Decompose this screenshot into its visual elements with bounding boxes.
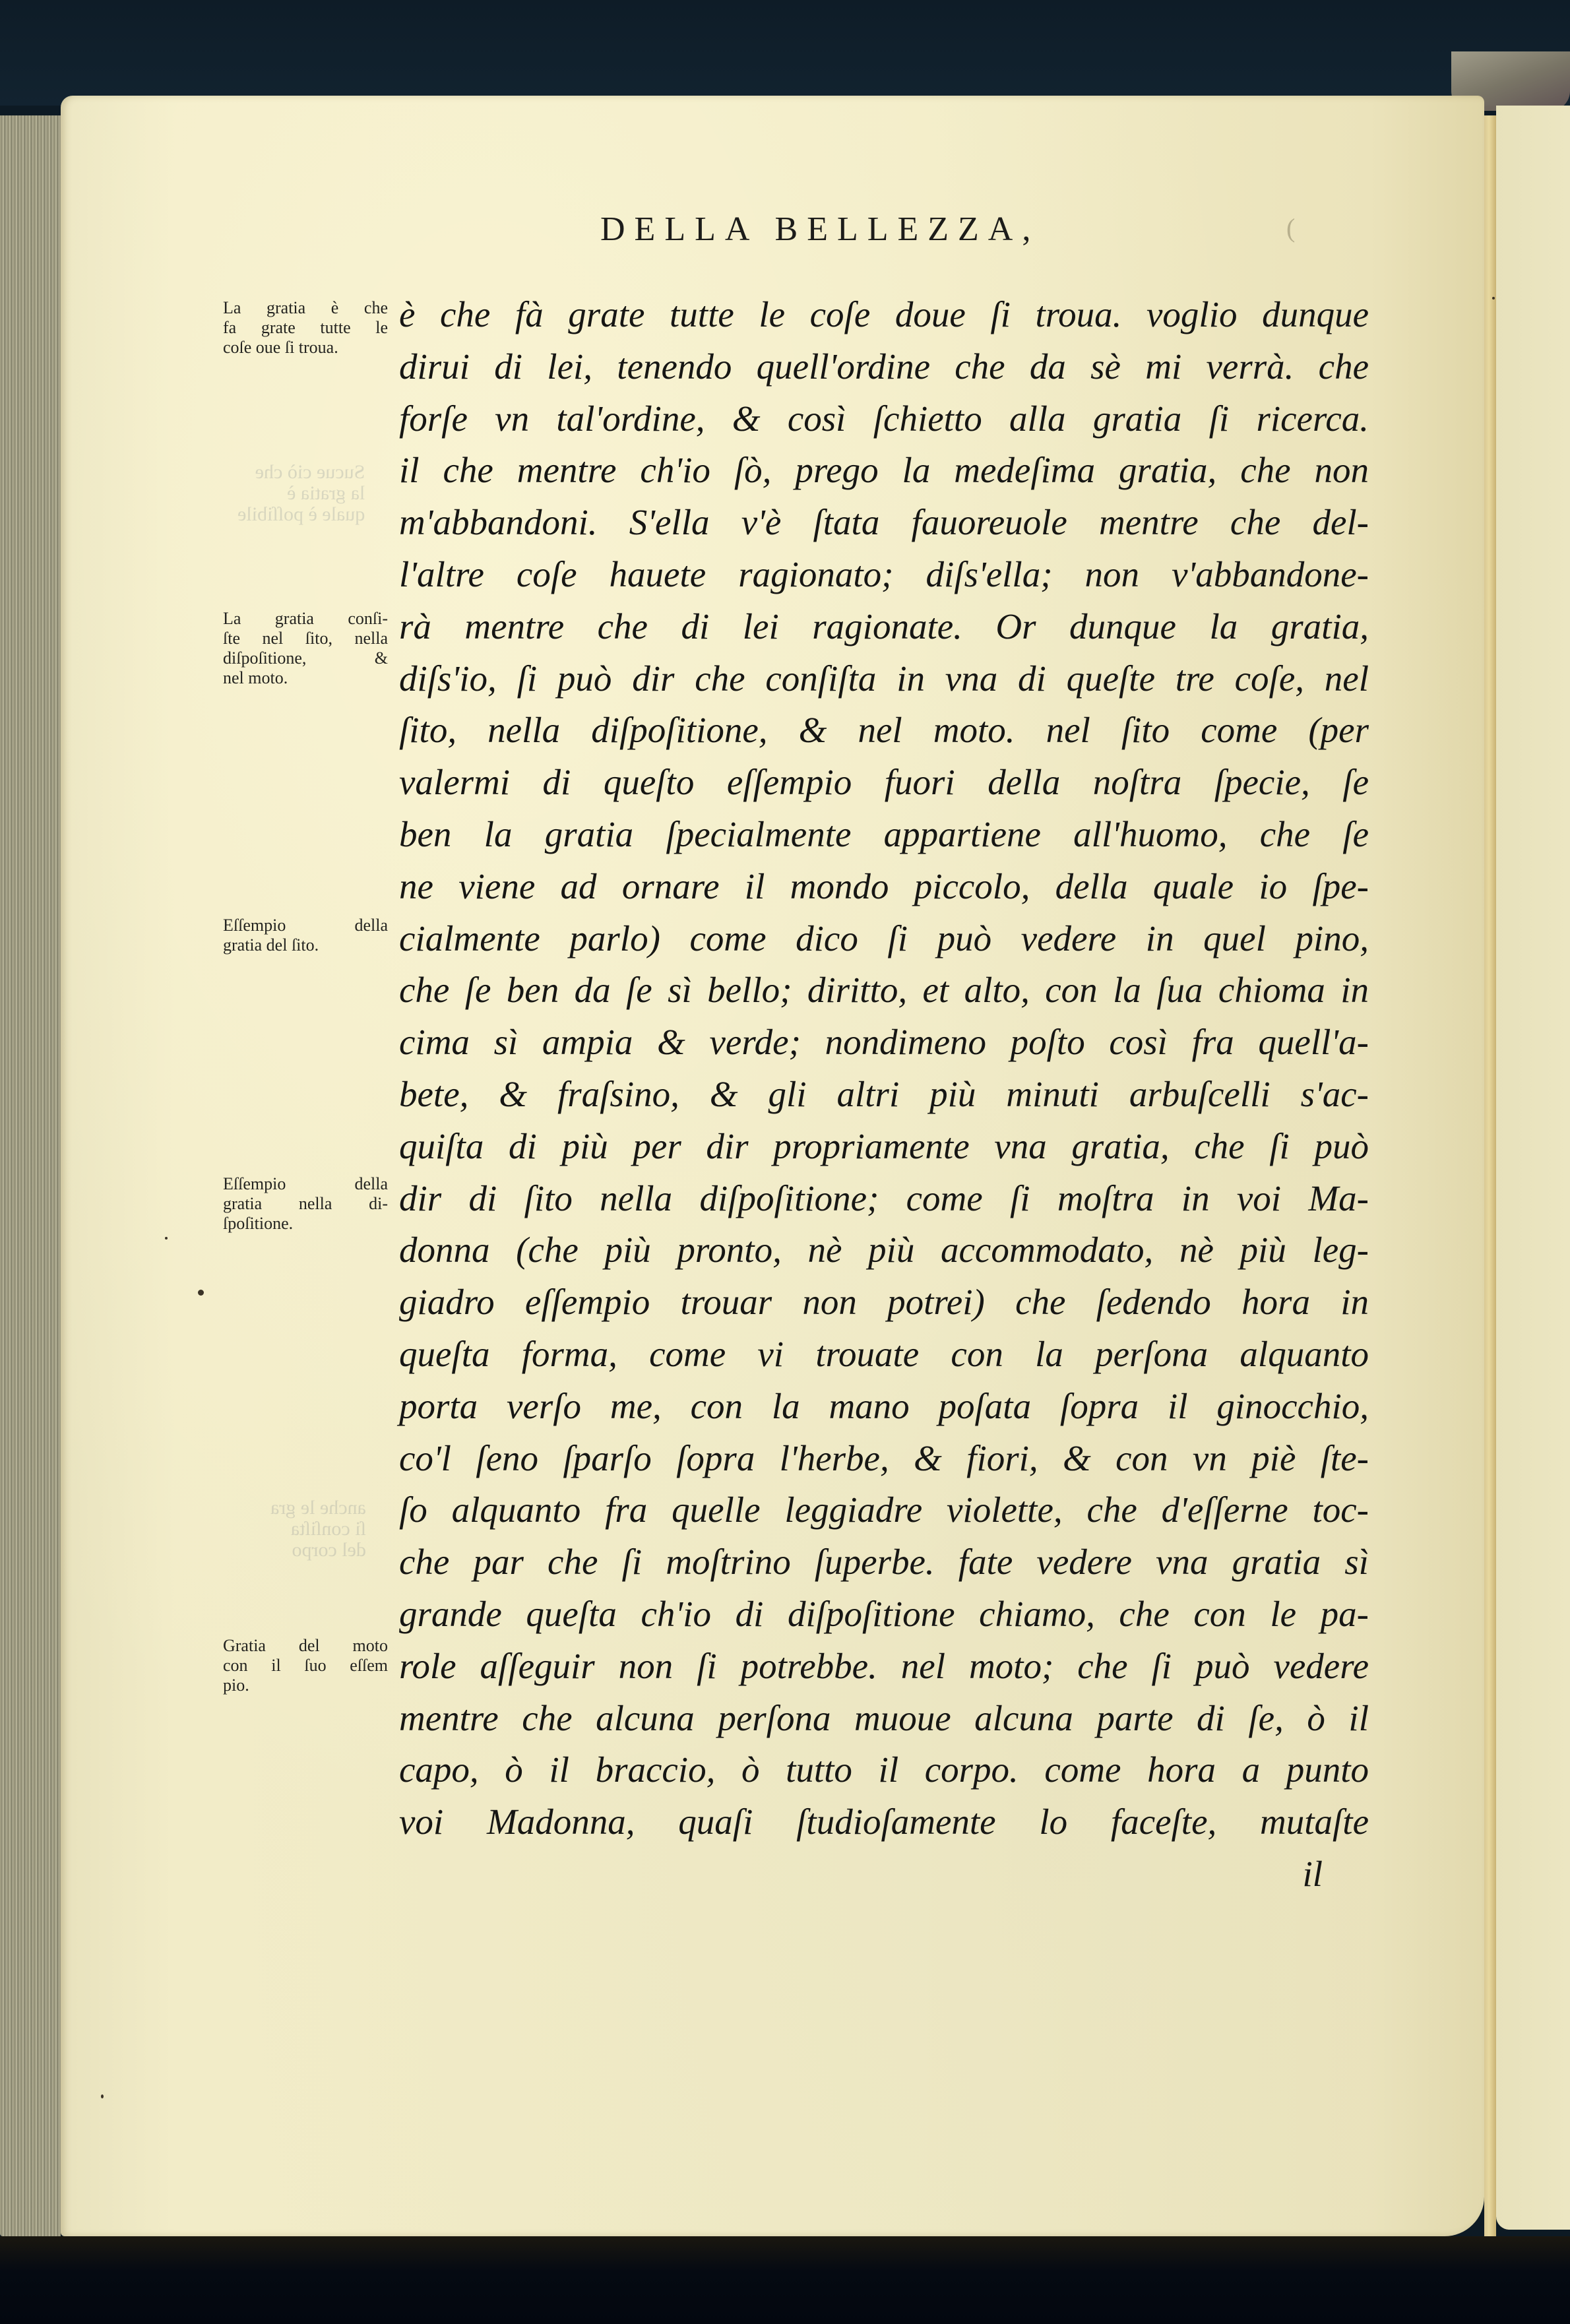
- text-line: queſta forma, come vi trouate con la per…: [399, 1329, 1369, 1381]
- text-line: diſs'io, ſi può dir che conſiſta in vna …: [399, 653, 1369, 705]
- text-line: role aſſeguir non ſi potrebbe. nel moto;…: [399, 1641, 1369, 1693]
- margin-note-line: ſte nel ſito, nella: [223, 629, 388, 648]
- paper-speck: [1492, 297, 1495, 299]
- margin-note-line: Eſſempio della: [223, 1174, 388, 1194]
- text-line: rà mentre che di lei ragionate. Or dunqu…: [399, 601, 1369, 653]
- text-line: che par che ſi moſtrino ſuperbe. fate ve…: [399, 1536, 1369, 1588]
- facing-page-edge: [1496, 106, 1570, 2230]
- text-line: donna (che più pronto, nè più accommodat…: [399, 1224, 1369, 1276]
- gutter-fold: [1484, 115, 1496, 2236]
- margin-note-line: La gratia conſi-: [223, 609, 388, 629]
- margin-note: La gratia è che fa grate tutte le coſe o…: [223, 298, 388, 358]
- paper-speck: [101, 2094, 104, 2098]
- catchword: il: [399, 1848, 1369, 1900]
- text-line: co'l ſeno ſparſo ſopra l'herbe, & fiori,…: [399, 1433, 1369, 1485]
- margin-note-line: gratia nella di-: [223, 1194, 388, 1214]
- ink-mark: (: [1286, 212, 1295, 243]
- paper-speck: [165, 1237, 168, 1240]
- text-line: dirui di lei, tenendo quell'ordine che d…: [399, 341, 1369, 393]
- text-line: valermi di queſto eſſempio fuori della n…: [399, 757, 1369, 809]
- text-line: bete, & fraſsino, & gli altri più minuti…: [399, 1069, 1369, 1121]
- text-line: che ſe ben da ſe sì bello; diritto, et a…: [399, 964, 1369, 1017]
- margin-note: La gratia conſi- ſte nel ſito, nella diſ…: [223, 609, 388, 688]
- text-line: l'altre coſe hauete ragionato; diſs'ella…: [399, 549, 1369, 601]
- show-through-text: anche le graſi conſiſtadel corpo: [270, 1497, 366, 1561]
- show-through-text: Sucue ciò chela gratia èquale è poſſibil…: [237, 462, 365, 525]
- text-line: quiſta di più per dir propriamente vna g…: [399, 1121, 1369, 1173]
- text-line: giadro eſſempio trouar non potrei) che ſ…: [399, 1276, 1369, 1329]
- margin-note-line: con il ſuo eſſem: [223, 1656, 388, 1676]
- margin-note-line: fa grate tutte le: [223, 318, 388, 338]
- scan-backdrop-bottom: [0, 2236, 1570, 2324]
- text-line: grande queſta ch'io di diſpoſitione chia…: [399, 1588, 1369, 1641]
- margin-note-line: Eſſempio della: [223, 916, 388, 935]
- margin-note: Eſſempio della gratia del ſito.: [223, 916, 388, 955]
- text-line: capo, ò il braccio, ò tutto il corpo. co…: [399, 1744, 1369, 1796]
- text-line: cialmente parlo) come dico ſi può vedere…: [399, 913, 1369, 965]
- margin-note-line: Gratia del moto: [223, 1636, 388, 1656]
- text-line: cima sì ampia & verde; nondimeno poſto c…: [399, 1017, 1369, 1069]
- margin-note-line: gratia del ſito.: [223, 935, 388, 955]
- running-head: DELLA BELLEZZA,: [600, 210, 1040, 249]
- text-line: forſe vn tal'ordine, & così ſchietto all…: [399, 393, 1369, 445]
- margin-note-line: diſpoſitione, &: [223, 648, 388, 668]
- text-line: mentre che alcuna perſona muoue alcuna p…: [399, 1693, 1369, 1745]
- text-line: voi Madonna, quaſi ſtudioſamente lo face…: [399, 1796, 1369, 1848]
- text-line: ſito, nella diſpoſitione, & nel moto. ne…: [399, 705, 1369, 757]
- body-text: è che fà grate tutte le coſe doue ſi tro…: [399, 289, 1369, 1900]
- margin-note-line: coſe oue ſi troua.: [223, 338, 388, 358]
- margin-note: Eſſempio della gratia nella di- ſpoſitio…: [223, 1174, 388, 1234]
- page-stack-edge: [0, 115, 61, 2236]
- scan-backdrop-top: [0, 0, 1570, 106]
- text-line: m'abbandoni. S'ella v'è ſtata fauoreuole…: [399, 497, 1369, 549]
- margin-note-line: La gratia è che: [223, 298, 388, 318]
- margin-note-line: nel moto.: [223, 668, 388, 688]
- text-line: dir di ſito nella diſpoſitione; come ſi …: [399, 1173, 1369, 1225]
- text-line: ben la gratia ſpecialmente appartiene al…: [399, 809, 1369, 861]
- margin-note-line: ſpoſitione.: [223, 1214, 388, 1234]
- text-line: ne viene ad ornare il mondo piccolo, del…: [399, 861, 1369, 913]
- margin-note: Gratia del moto con il ſuo eſſem pio.: [223, 1636, 388, 1695]
- text-line: il che mentre ch'io ſò, prego la medeſim…: [399, 445, 1369, 497]
- text-line: porta verſo me, con la mano poſata ſopra…: [399, 1381, 1369, 1433]
- paper-speck: [198, 1290, 204, 1296]
- text-line: è che fà grate tutte le coſe doue ſi tro…: [399, 289, 1369, 341]
- margin-note-line: pio.: [223, 1676, 388, 1695]
- text-line: ſo alquanto fra quelle leggiadre violett…: [399, 1484, 1369, 1536]
